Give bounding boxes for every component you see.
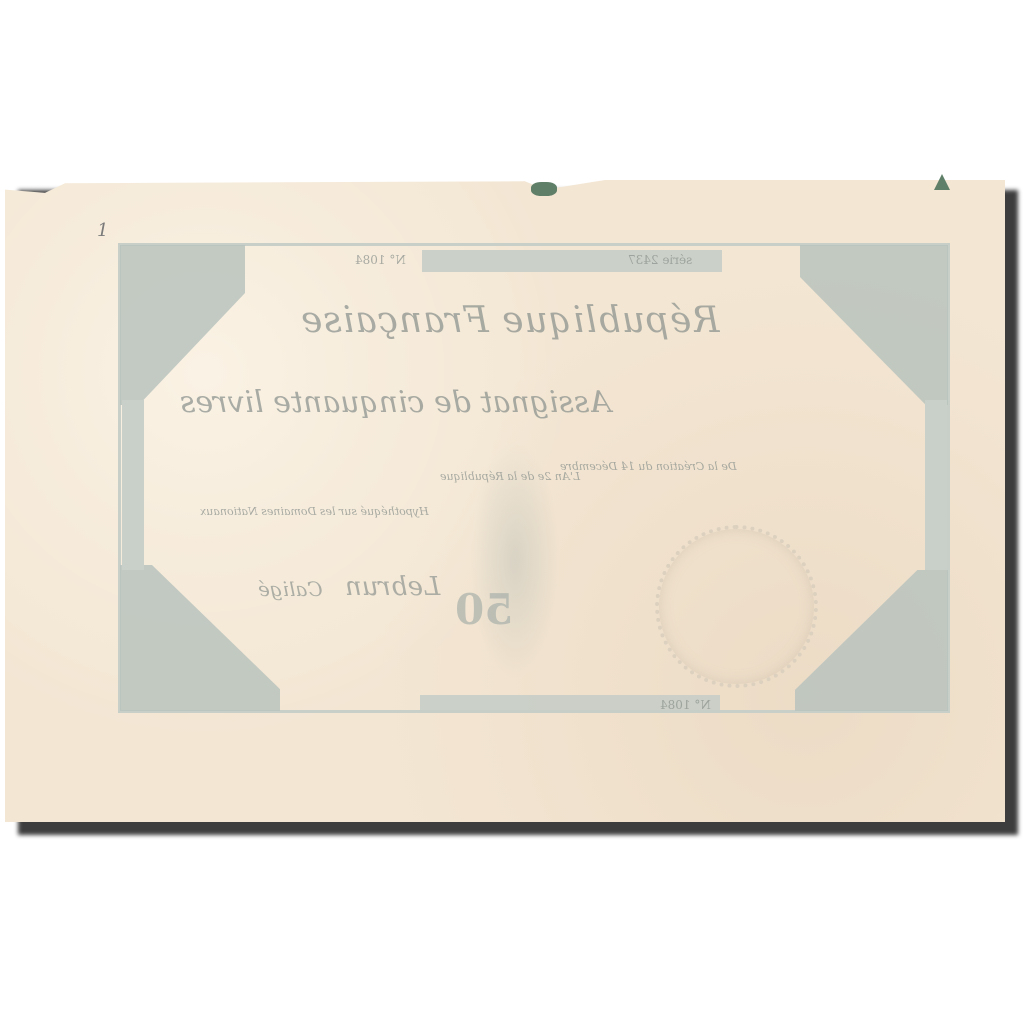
serie-label: série 2437 — [628, 253, 692, 267]
dry-seal-embossing — [655, 525, 818, 688]
green-ink-stain — [531, 182, 557, 196]
text-line-year: L'An 2e de la République — [440, 470, 580, 483]
title-republique: République Française — [300, 300, 719, 341]
text-line-creation: De la Création du 14 Décembre — [560, 460, 737, 473]
signature-1: Caligé — [258, 577, 323, 601]
right-border-text — [925, 400, 947, 570]
text-line-domaines: Hypothéqué sur les Domaines Nationaux — [200, 505, 429, 518]
left-border-text — [122, 400, 144, 570]
serial-number-bottom: N° 1084 — [660, 698, 711, 712]
value-numeral: 50 — [455, 585, 513, 634]
title-assignat: Assignat de cinquante livres — [180, 385, 611, 420]
signature-2: Lebrun — [345, 572, 440, 602]
serial-number-top: N° 1084 — [355, 253, 406, 267]
pencil-mark: 1 — [97, 220, 108, 241]
